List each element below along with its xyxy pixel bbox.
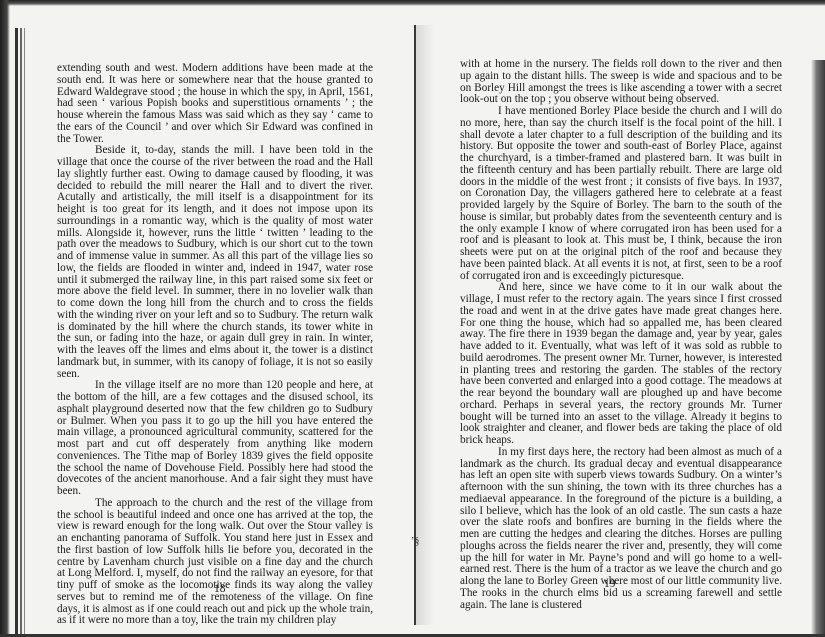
binding-line: [20, 28, 22, 637]
paragraph: I have mentioned Borley Place beside the…: [460, 106, 782, 282]
scan-top-edge: [0, 0, 825, 6]
scan-left-edge: [0, 0, 10, 637]
page-number-right: 19: [604, 578, 616, 590]
paragraph: with at home in the nursery. The fields …: [460, 59, 782, 106]
book-spread: extending south and west. Modern additio…: [0, 0, 825, 637]
paragraph: And here, since we have come to it in ou…: [460, 282, 782, 447]
paragraph: Beside it, to-day, stands the mill. I ha…: [57, 145, 373, 380]
left-page-body: extending south and west. Modern additio…: [57, 63, 373, 627]
right-page-body: with at home in the nursery. The fields …: [460, 59, 782, 611]
page-number-left: 18: [214, 583, 226, 595]
paragraph: In the village itself are no more than 1…: [57, 380, 373, 498]
gutter-ink-mark: ’§: [411, 536, 419, 547]
gutter-shadow: [416, 25, 434, 625]
paragraph: The approach to the church and the rest …: [57, 498, 373, 627]
book-binding-edge: [12, 28, 28, 637]
binding-line: [15, 28, 18, 637]
paragraph: In my first days here, the rectory had b…: [460, 447, 782, 612]
binding-line: [24, 28, 25, 637]
paragraph: extending south and west. Modern additio…: [57, 63, 373, 145]
scan-right-edge: [811, 60, 825, 637]
